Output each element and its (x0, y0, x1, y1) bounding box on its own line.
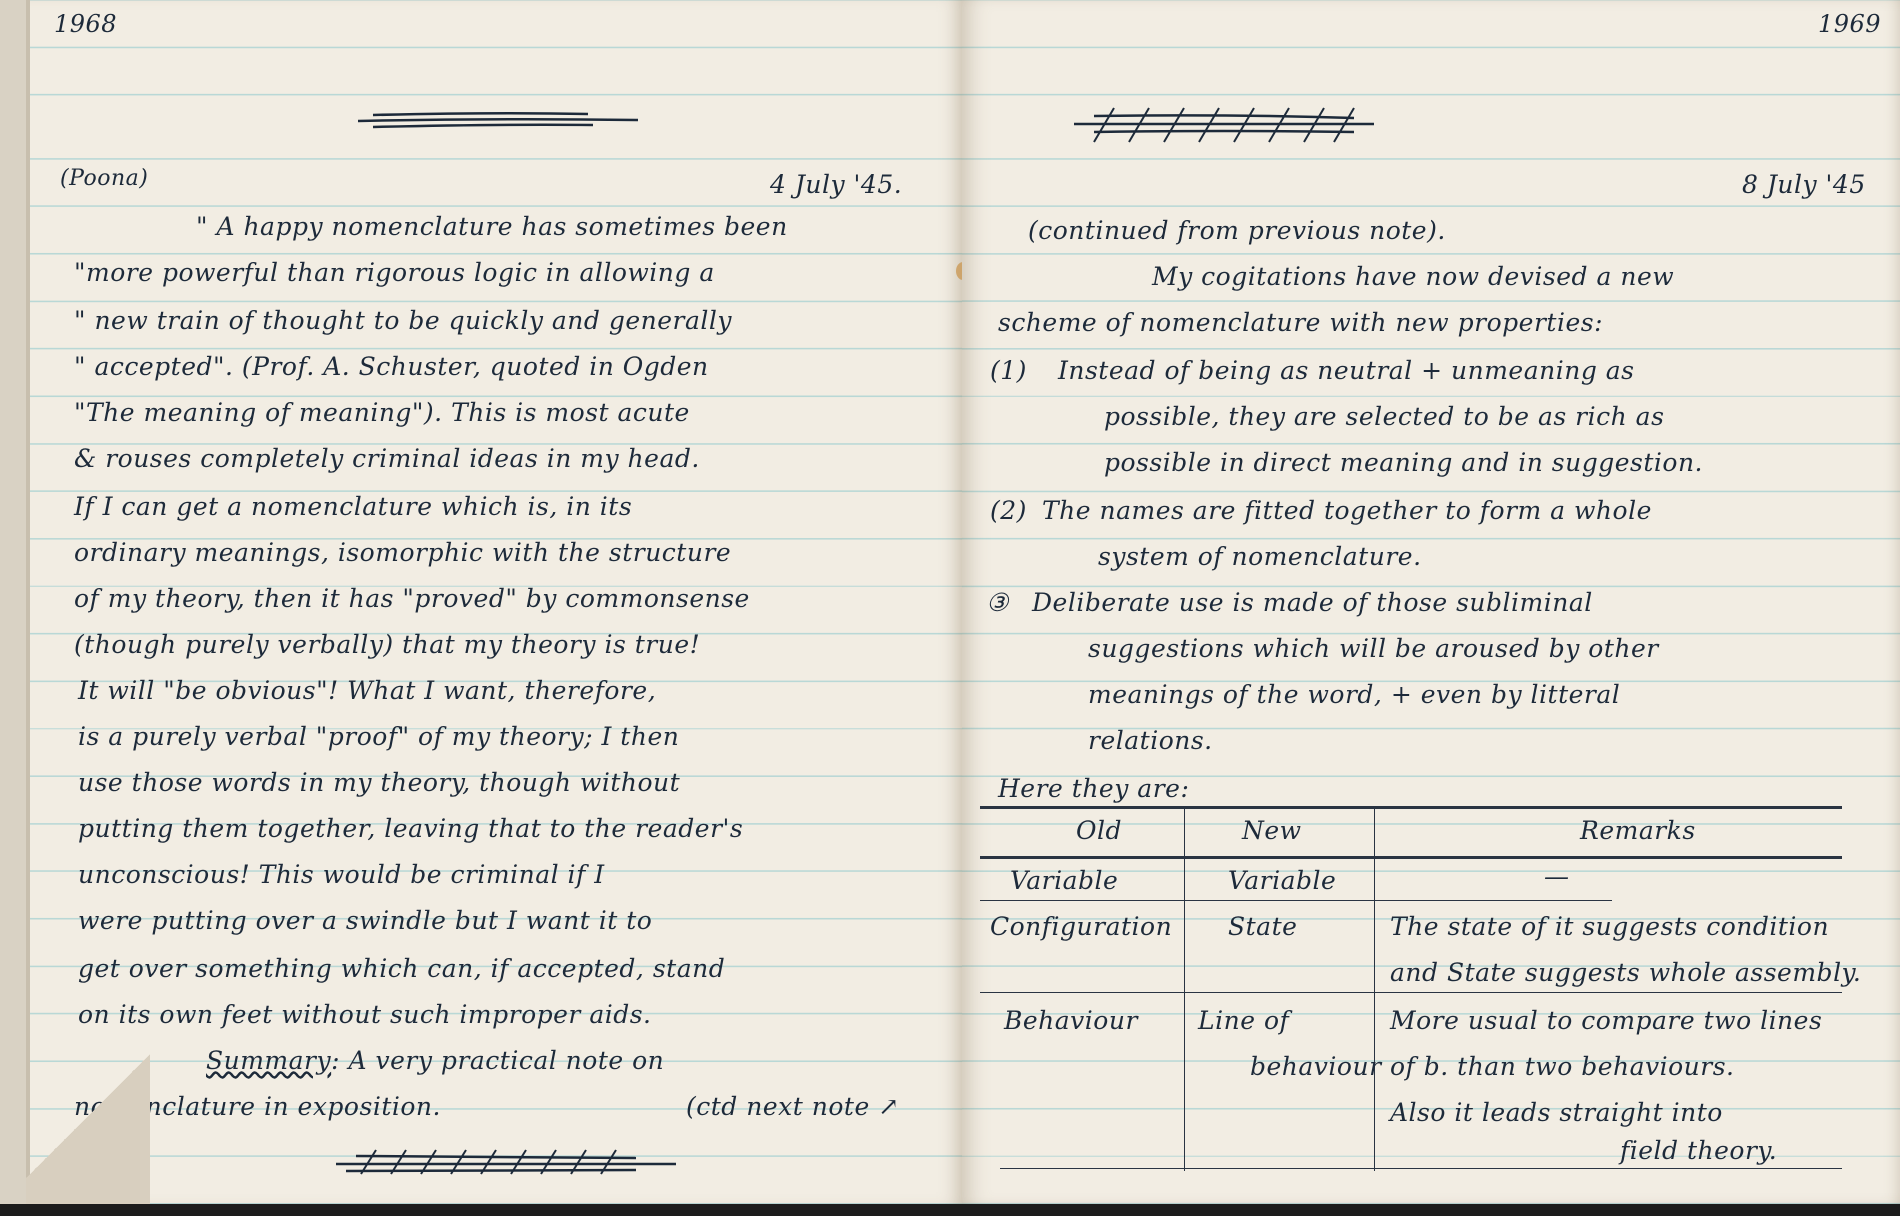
page-number: 1968 (54, 10, 117, 38)
text-line: If I can get a nomenclature which is, in… (74, 492, 632, 521)
notebook-spread: 1968 (Poona) 4 July '45. " A happy nomen… (0, 0, 1900, 1204)
table-cell-new: Line of (1198, 1006, 1289, 1035)
text-line: suggestions which will be aroused by oth… (1088, 634, 1659, 663)
table-cell-new: behaviour (1250, 1052, 1382, 1081)
text-line: on its own feet without such improper ai… (78, 1000, 652, 1029)
text-line: "more powerful than rigorous logic in al… (74, 258, 715, 287)
continued-note: (ctd next note ↗ (686, 1092, 900, 1121)
text-line: possible in direct meaning and in sugges… (1104, 448, 1703, 477)
text-line: Deliberate use is made of those sublimin… (1032, 588, 1593, 617)
text-line: The names are fitted together to form a … (1042, 496, 1652, 525)
summary-line: Summary: A very practical note on (206, 1046, 664, 1075)
text-line: Instead of being as neutral + unmeaning … (1058, 356, 1635, 385)
text-line: scheme of nomenclature with new properti… (998, 308, 1603, 337)
left-page: 1968 (Poona) 4 July '45. " A happy nomen… (0, 0, 962, 1204)
table-header-remarks: Remarks (1580, 816, 1696, 845)
table-cell-remarks: field theory. (1620, 1136, 1777, 1165)
table-rule (980, 806, 1842, 809)
page-corner-protector (0, 1054, 150, 1204)
text-line: of my theory, then it has "proved" by co… (74, 584, 750, 613)
table-cell-remarks: More usual to compare two lines (1390, 1006, 1822, 1035)
text-line: & rouses completely criminal ideas in my… (74, 444, 700, 473)
text-line: It will "be obvious"! What I want, there… (78, 676, 656, 705)
table-cell-new: State (1228, 912, 1297, 941)
list-marker: ③ (986, 588, 1009, 617)
text-line: ordinary meanings, isomorphic with the s… (74, 538, 731, 567)
text-line: use those words in my theory, though wit… (78, 768, 680, 797)
table-cell-old: Configuration (990, 912, 1172, 941)
table-column-rule (1184, 806, 1185, 1171)
table-cell-new: Variable (1228, 866, 1336, 895)
entry-date: 8 July '45 (1742, 170, 1866, 199)
table-cell-old: Variable (1010, 866, 1118, 895)
text-line: " accepted". (Prof. A. Schuster, quoted … (74, 352, 709, 381)
table-column-rule (1374, 806, 1375, 1171)
end-divider-crossed (336, 1148, 676, 1176)
text-line: system of nomenclature. (1098, 542, 1422, 571)
table-header-old: Old (1076, 816, 1122, 845)
location-label: (Poona) (60, 166, 148, 191)
text-line: were putting over a swindle but I want i… (78, 906, 652, 935)
table-rule (980, 992, 1842, 993)
table-cell-remarks: The state of it suggests condition (1390, 912, 1829, 941)
summary-text: : A very practical note on (331, 1046, 664, 1075)
section-divider-crossed (1074, 104, 1374, 144)
table-rule (1000, 1168, 1842, 1169)
section-divider (358, 110, 638, 130)
text-line: is a purely verbal "proof" of my theory;… (78, 722, 679, 751)
table-cell-remarks: — (1544, 862, 1570, 891)
text-line: unconscious! This would be criminal if I (78, 860, 605, 889)
page-number: 1969 (1818, 10, 1881, 38)
table-cell-remarks: Also it leads straight into (1390, 1098, 1723, 1127)
summary-label: Summary (206, 1046, 331, 1075)
text-line: meanings of the word, + even by litteral (1088, 680, 1620, 709)
text-line: get over something which can, if accepte… (78, 954, 725, 983)
text-line: putting them together, leaving that to t… (78, 814, 743, 843)
table-header-new: New (1242, 816, 1302, 845)
table-rule (980, 900, 1612, 901)
table-intro: Here they are: (998, 774, 1189, 803)
right-page: 1969 8 July '45 (continued from previous… (962, 0, 1900, 1204)
entry-date: 4 July '45. (770, 170, 902, 199)
table-cell-remarks: and State suggests whole assembly. (1390, 958, 1861, 987)
list-marker: (1) (990, 356, 1027, 385)
text-line: relations. (1088, 726, 1213, 755)
continued-from: (continued from previous note). (1028, 216, 1446, 245)
table-rule (980, 856, 1842, 859)
text-line: "The meaning of meaning"). This is most … (74, 398, 690, 427)
table-cell-old: Behaviour (1004, 1006, 1138, 1035)
table-cell-remarks: of b. than two behaviours. (1390, 1052, 1735, 1081)
text-line: My cogitations have now devised a new (1152, 262, 1674, 291)
text-line: (though purely verbally) that my theory … (74, 630, 700, 659)
text-line: " new train of thought to be quickly and… (74, 306, 732, 335)
list-marker: (2) (990, 496, 1027, 525)
text-line: possible, they are selected to be as ric… (1104, 402, 1664, 431)
nomenclature-table: Old New Remarks Variable Variable — Conf… (980, 806, 1842, 1171)
text-line: " A happy nomenclature has sometimes bee… (196, 212, 788, 241)
